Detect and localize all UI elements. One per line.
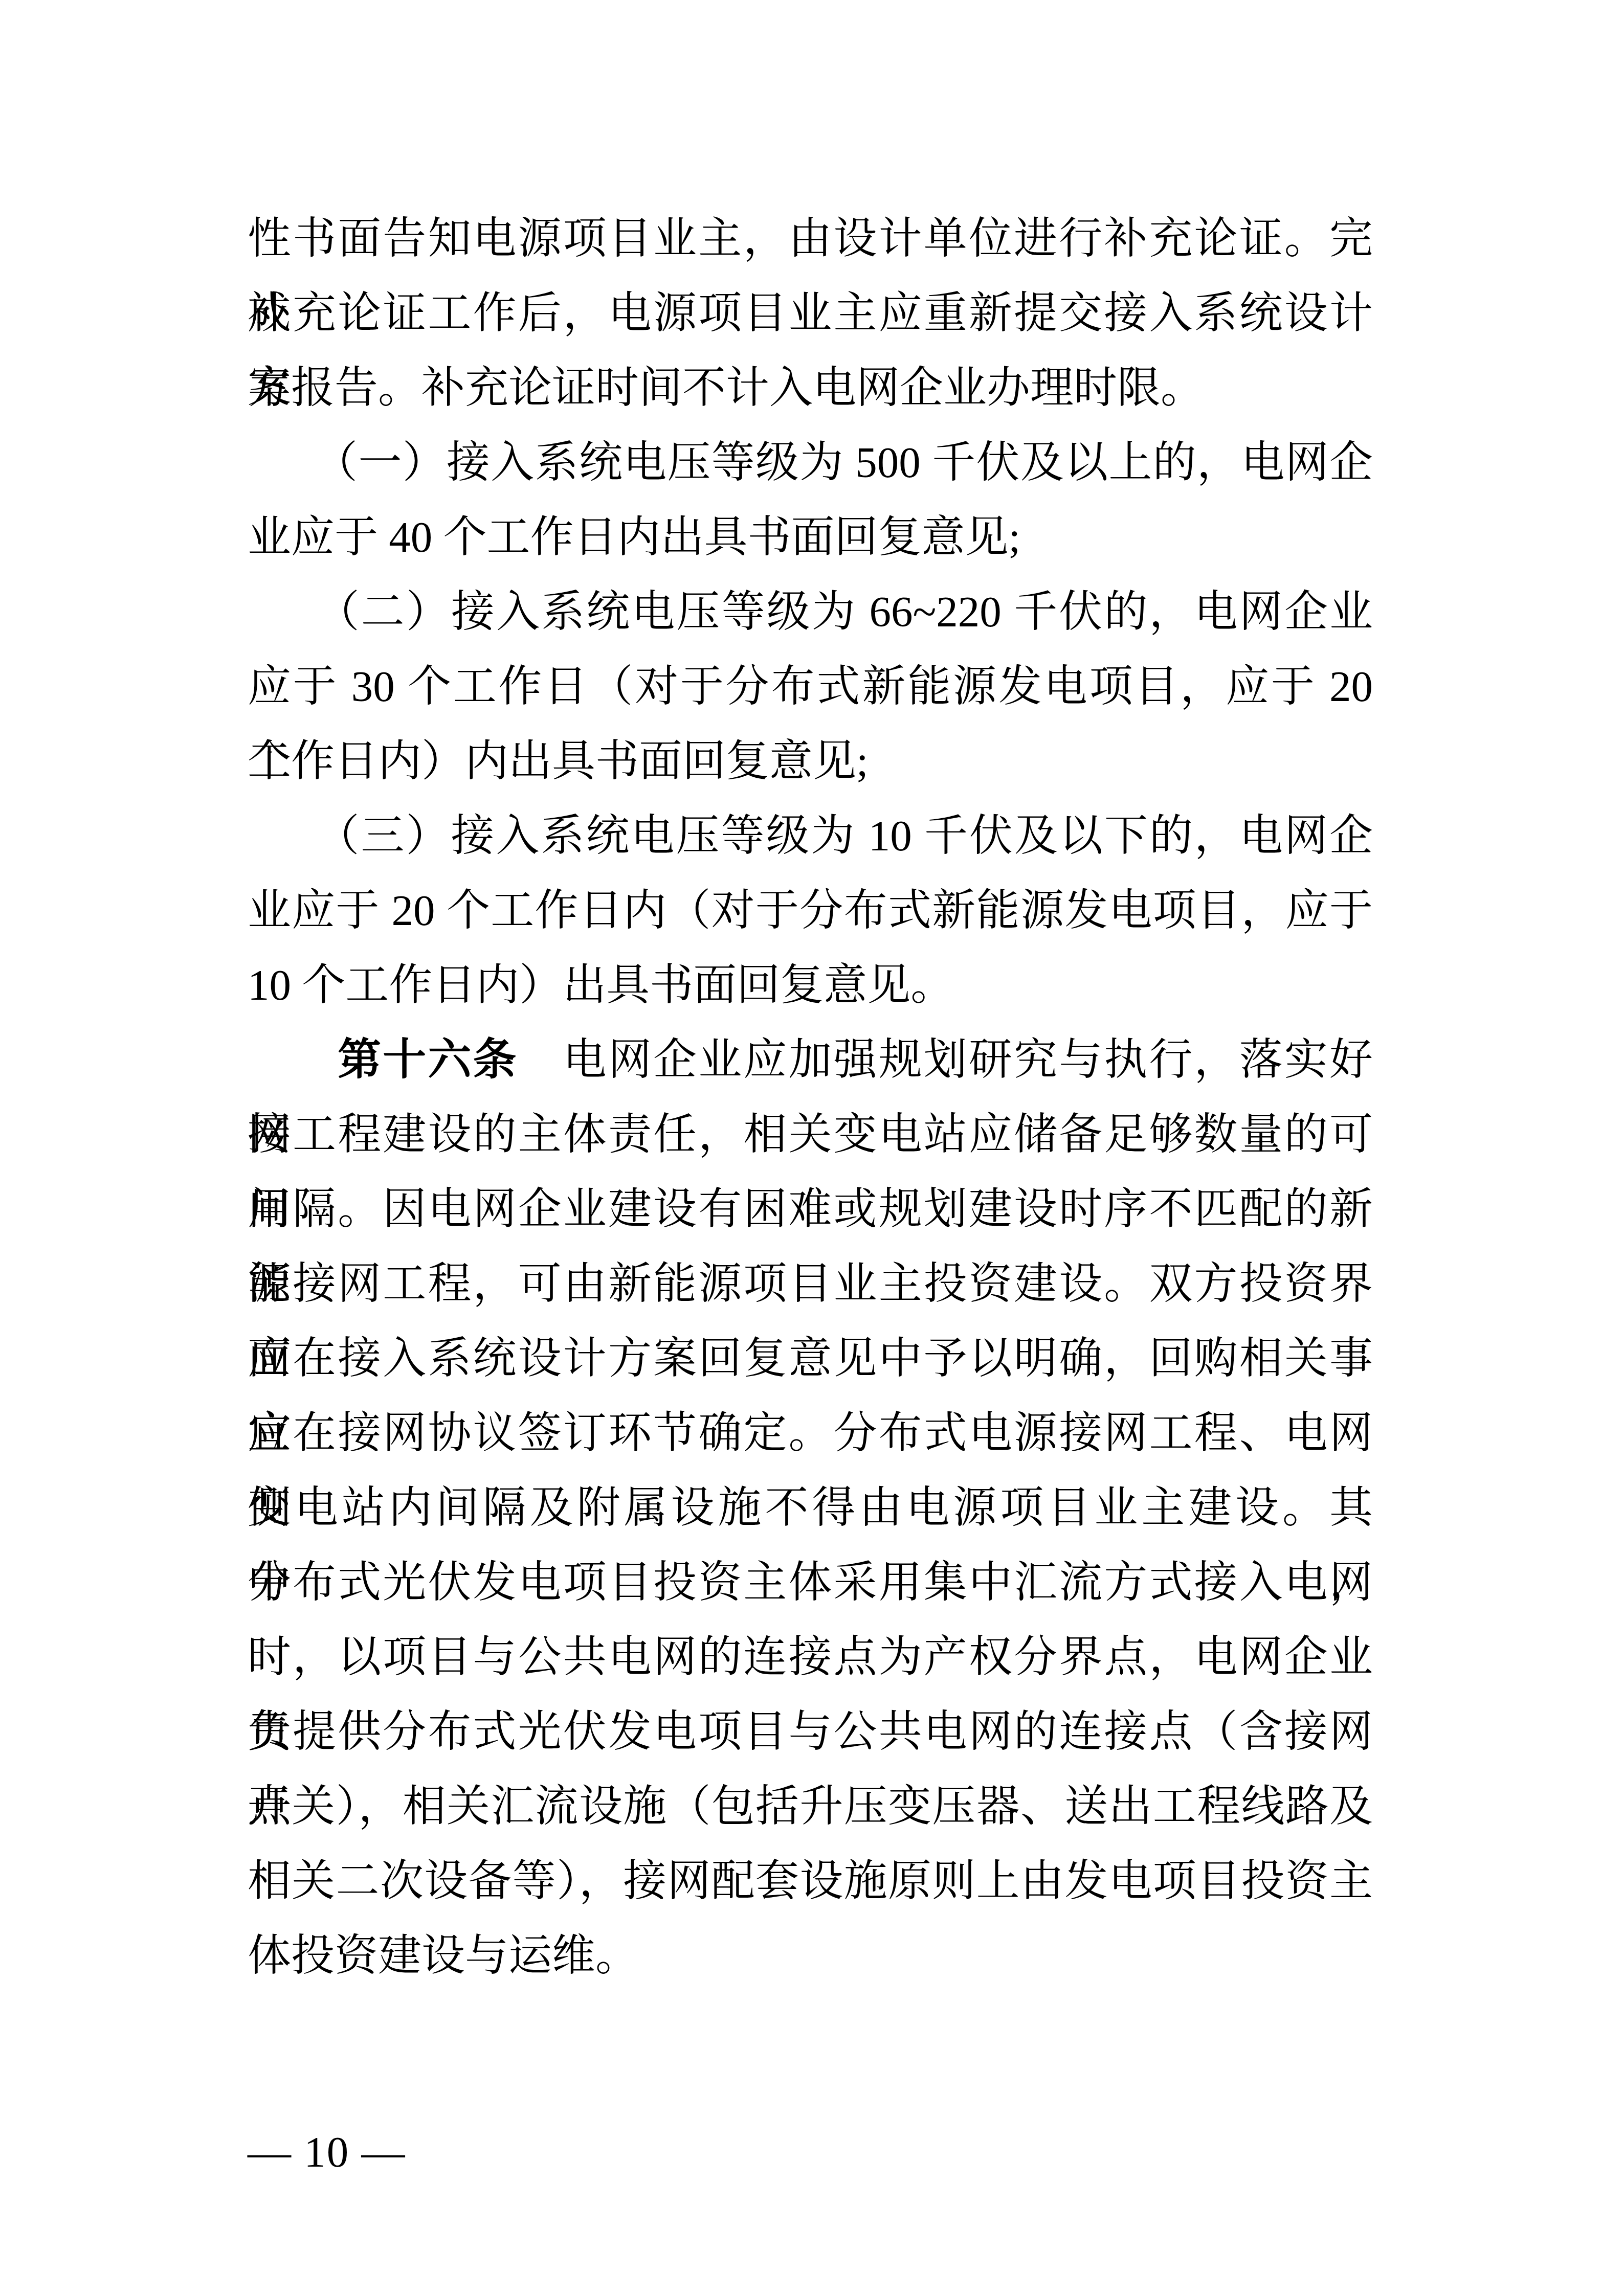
text-line: 责提供分布式光伏发电项目与公共电网的连接点（含接网点: [248, 1695, 1373, 1769]
text-line: 应于 30 个工作日（对于分布式新能源发电项目，应于 20 个: [248, 649, 1373, 724]
text-line: （三）接入系统电压等级为 10 千伏及以下的，电网企: [248, 799, 1373, 873]
text-line: 应在接网协议签订环节确定。分布式电源接网工程、电网侧: [248, 1396, 1373, 1471]
text-line: 业应于 40 个工作日内出具书面回复意见;: [248, 500, 1373, 575]
text-line: 变电站内间隔及附属设施不得由电源项目业主建设。其中，: [248, 1471, 1373, 1545]
text-line: 相关二次设备等），接网配套设施原则上由发电项目投资主: [248, 1844, 1373, 1919]
text-line: 业应于 20 个工作日内（对于分布式新能源发电项目，应于: [248, 873, 1373, 948]
body-text: 性书面告知电源项目业主，由设计单位进行补充论证。完成 补充论证工作后，电源项目业…: [248, 201, 1373, 1993]
text-line: 时，以项目与公共电网的连接点为产权分界点，电网企业负: [248, 1620, 1373, 1695]
text-line: 分布式光伏发电项目投资主体采用集中汇流方式接入电网: [248, 1545, 1373, 1620]
text-line: 源接网工程，可由新能源项目业主投资建设。双方投资界面: [248, 1247, 1373, 1321]
text-line: 补充论证工作后，电源项目业主应重新提交接入系统设计方: [248, 276, 1373, 351]
text-line: （二）接入系统电压等级为 66~220 千伏的，电网企业: [248, 575, 1373, 649]
text-line: 第十六条 电网企业应加强规划研究与执行，落实好接: [248, 1023, 1373, 1097]
document-page: 性书面告知电源项目业主，由设计单位进行补充论证。完成 补充论证工作后，电源项目业…: [0, 0, 1624, 2296]
text-line: 间隔。因电网企业建设有困难或规划建设时序不匹配的新能: [248, 1172, 1373, 1247]
text-line: 网工程建设的主体责任，相关变电站应储备足够数量的可用: [248, 1097, 1373, 1172]
text-line: 体投资建设与运维。: [248, 1919, 1373, 1993]
page-number: — 10 —: [248, 2115, 406, 2190]
text-line: 开关），相关汇流设施（包括升压变压器、送出工程线路及: [248, 1769, 1373, 1844]
text-line: 性书面告知电源项目业主，由设计单位进行补充论证。完成: [248, 201, 1373, 276]
text-line: （一）接入系统电压等级为 500 千伏及以上的，电网企: [248, 425, 1373, 500]
text-line: 工作日内）内出具书面回复意见;: [248, 724, 1373, 799]
text-line: 案报告。补充论证时间不计入电网企业办理时限。: [248, 351, 1373, 425]
text-line: 应在接入系统设计方案回复意见中予以明确，回购相关事宜: [248, 1321, 1373, 1396]
article-heading: 第十六条: [248, 1036, 518, 1084]
text-line: 10 个工作日内）出具书面回复意见。: [248, 948, 1373, 1023]
